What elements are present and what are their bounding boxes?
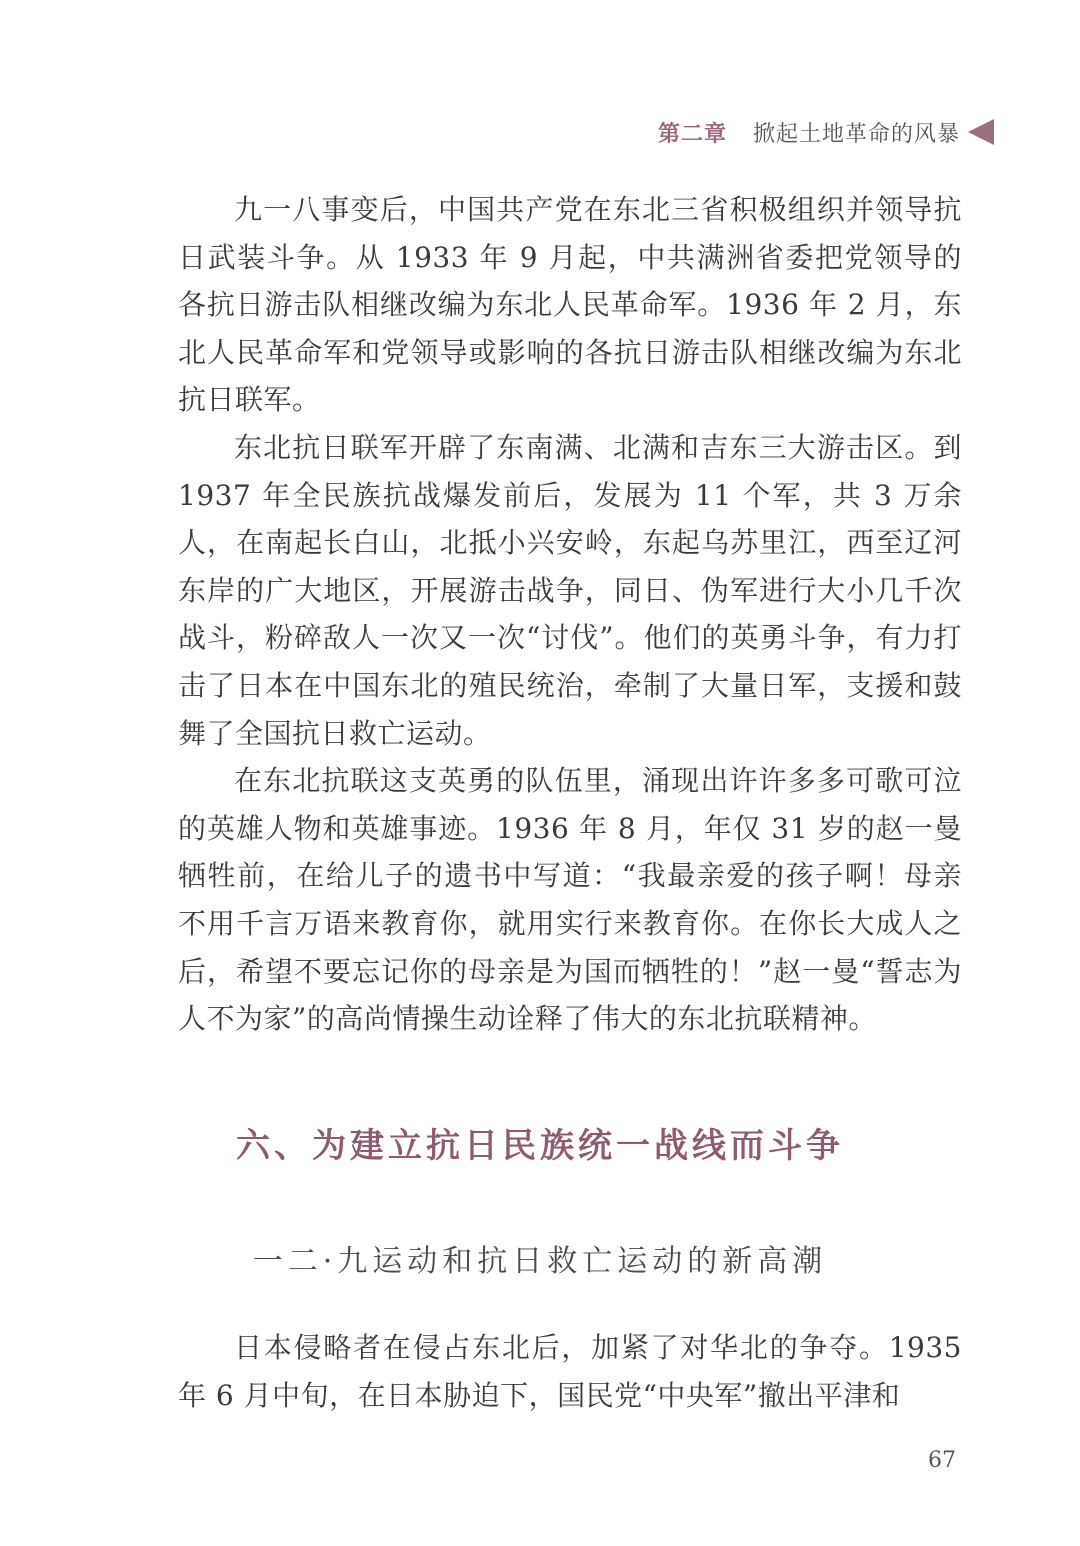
sub-heading: 一二·九运动和抗日救亡运动的新高潮 <box>0 1236 1080 1280</box>
body-text-bottom: 日本侵略者在侵占东北后，加紧了对华北的争夺。1935 年 6 月中旬，在日本胁迫… <box>178 1324 962 1419</box>
chapter-title: 掀起土地革命的风暴 <box>753 117 960 148</box>
paragraph: 日本侵略者在侵占东北后，加紧了对华北的争夺。1935 年 6 月中旬，在日本胁迫… <box>178 1324 962 1419</box>
page-number: 67 <box>928 1448 956 1473</box>
paragraph: 东北抗日联军开辟了东南满、北满和吉东三大游击区。到 1937 年全民族抗战爆发前… <box>178 424 962 757</box>
triangle-left-icon <box>968 119 994 145</box>
body-text-top: 九一八事变后，中国共产党在东北三省积极组织并领导抗日武装斗争。从 1933 年 … <box>178 186 962 1043</box>
paragraph: 九一八事变后，中国共产党在东北三省积极组织并领导抗日武装斗争。从 1933 年 … <box>178 186 962 424</box>
section-heading: 六、为建立抗日民族统一战线而斗争 <box>0 1118 1080 1167</box>
paragraph: 在东北抗联这支英勇的队伍里，涌现出许许多多可歌可泣的英雄人物和英雄事迹。1936… <box>178 757 962 1043</box>
running-head: 第二章 掀起土地革命的风暴 <box>658 114 994 150</box>
chapter-number: 第二章 <box>658 117 727 148</box>
